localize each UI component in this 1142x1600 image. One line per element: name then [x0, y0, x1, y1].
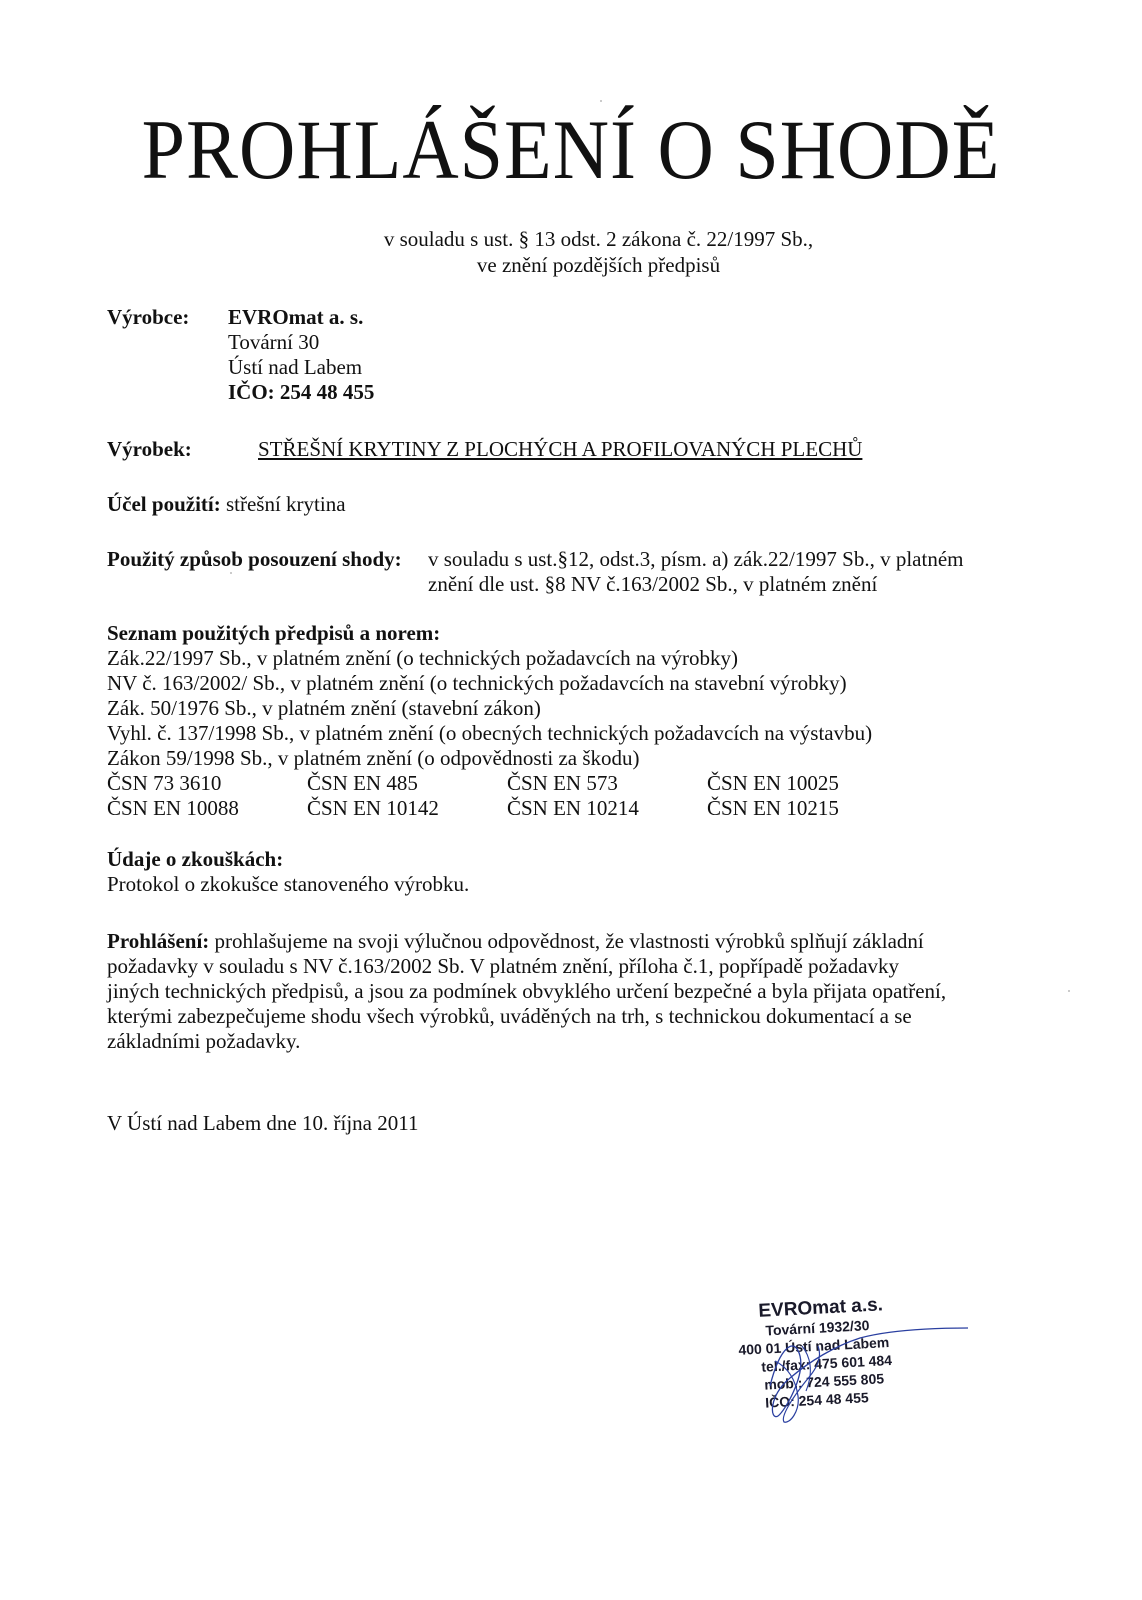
scan-speck [230, 572, 232, 574]
norm-item: ČSN 73 3610 [107, 771, 307, 796]
scan-speck [600, 100, 602, 102]
manufacturer-info: EVROmat a. s. Tovární 30 Ústí nad Labem … [228, 305, 374, 405]
norm-item: ČSN EN 10025 [707, 771, 907, 796]
declaration-text: prohlašujeme na svoji výlučnou odpovědno… [215, 929, 924, 953]
standards-section: Seznam použitých předpisů a norem: Zák.2… [107, 621, 907, 821]
manufacturer-street: Tovární 30 [228, 330, 374, 355]
regulation-item: NV č. 163/2002/ Sb., v platném znění (o … [107, 671, 907, 696]
place-and-date: V Ústí nad Labem dne 10. října 2011 [107, 1111, 418, 1136]
assessment-method-value: v souladu s ust.§12, odst.3, písm. a) zá… [428, 547, 963, 597]
product-value: STŘEŠNÍ KRYTINY Z PLOCHÝCH A PROFILOVANÝ… [258, 437, 862, 462]
assessment-method-line: v souladu s ust.§12, odst.3, písm. a) zá… [428, 547, 963, 572]
norm-item: ČSN EN 10142 [307, 796, 507, 821]
norm-item: ČSN EN 10214 [507, 796, 707, 821]
company-stamp: EVROmat a.s. Tovární 1932/30 400 01 Ústí… [736, 1293, 941, 1413]
manufacturer-city: Ústí nad Labem [228, 355, 374, 380]
norm-item: ČSN EN 10088 [107, 796, 307, 821]
subtitle-line: v souladu s ust. § 13 odst. 2 zákona č. … [0, 226, 1142, 252]
norm-item: ČSN EN 10215 [707, 796, 907, 821]
subtitle-line: ve znění pozdějších předpisů [0, 252, 1142, 278]
regulation-item: Zák.22/1997 Sb., v platném znění (o tech… [107, 646, 907, 671]
declaration-line: kterými zabezpečujeme shodu všech výrobk… [107, 1004, 1032, 1029]
regulation-item: Zákon 59/1998 Sb., v platném znění (o od… [107, 746, 907, 771]
manufacturer-label: Výrobce: [107, 305, 189, 330]
norm-item: ČSN EN 485 [307, 771, 507, 796]
norms-grid: ČSN 73 3610 ČSN EN 485 ČSN EN 573 ČSN EN… [107, 771, 907, 821]
tests-heading: Údaje o zkouškách: [107, 847, 469, 872]
standards-heading: Seznam použitých předpisů a norem: [107, 621, 907, 646]
declaration-label: Prohlášení: [107, 929, 209, 953]
document-subtitle: v souladu s ust. § 13 odst. 2 zákona č. … [0, 226, 1142, 278]
manufacturer-ico: IČO: 254 48 455 [228, 380, 374, 405]
declaration-section: Prohlášení: prohlašujeme na svoji výlučn… [107, 929, 1032, 1054]
manufacturer-name: EVROmat a. s. [228, 305, 374, 330]
declaration-line: Prohlášení: prohlašujeme na svoji výlučn… [107, 929, 1032, 954]
purpose-label: Účel použití: [107, 492, 221, 516]
document-page: PROHLÁŠENÍ O SHODĚ v souladu s ust. § 13… [0, 0, 1142, 1600]
regulation-item: Zák. 50/1976 Sb., v platném znění (stave… [107, 696, 907, 721]
declaration-line: jiných technických předpisů, a jsou za p… [107, 979, 1032, 1004]
product-label: Výrobek: [107, 437, 192, 462]
tests-section: Údaje o zkouškách: Protokol o zkokušce s… [107, 847, 469, 897]
purpose-row: Účel použití: střešní krytina [107, 492, 346, 517]
assessment-method-label: Použitý způsob posouzení shody: [107, 547, 402, 572]
norm-item: ČSN EN 573 [507, 771, 707, 796]
declaration-line: požadavky v souladu s NV č.163/2002 Sb. … [107, 954, 1032, 979]
regulation-item: Vyhl. č. 137/1998 Sb., v platném znění (… [107, 721, 907, 746]
purpose-value: střešní krytina [226, 492, 346, 516]
tests-text: Protokol o zkokušce stanoveného výrobku. [107, 872, 469, 897]
document-title: PROHLÁŠENÍ O SHODĚ [0, 108, 1142, 192]
assessment-method-line: znění dle ust. §8 NV č.163/2002 Sb., v p… [428, 572, 963, 597]
declaration-line: základními požadavky. [107, 1029, 1032, 1054]
scan-speck [1068, 990, 1070, 992]
